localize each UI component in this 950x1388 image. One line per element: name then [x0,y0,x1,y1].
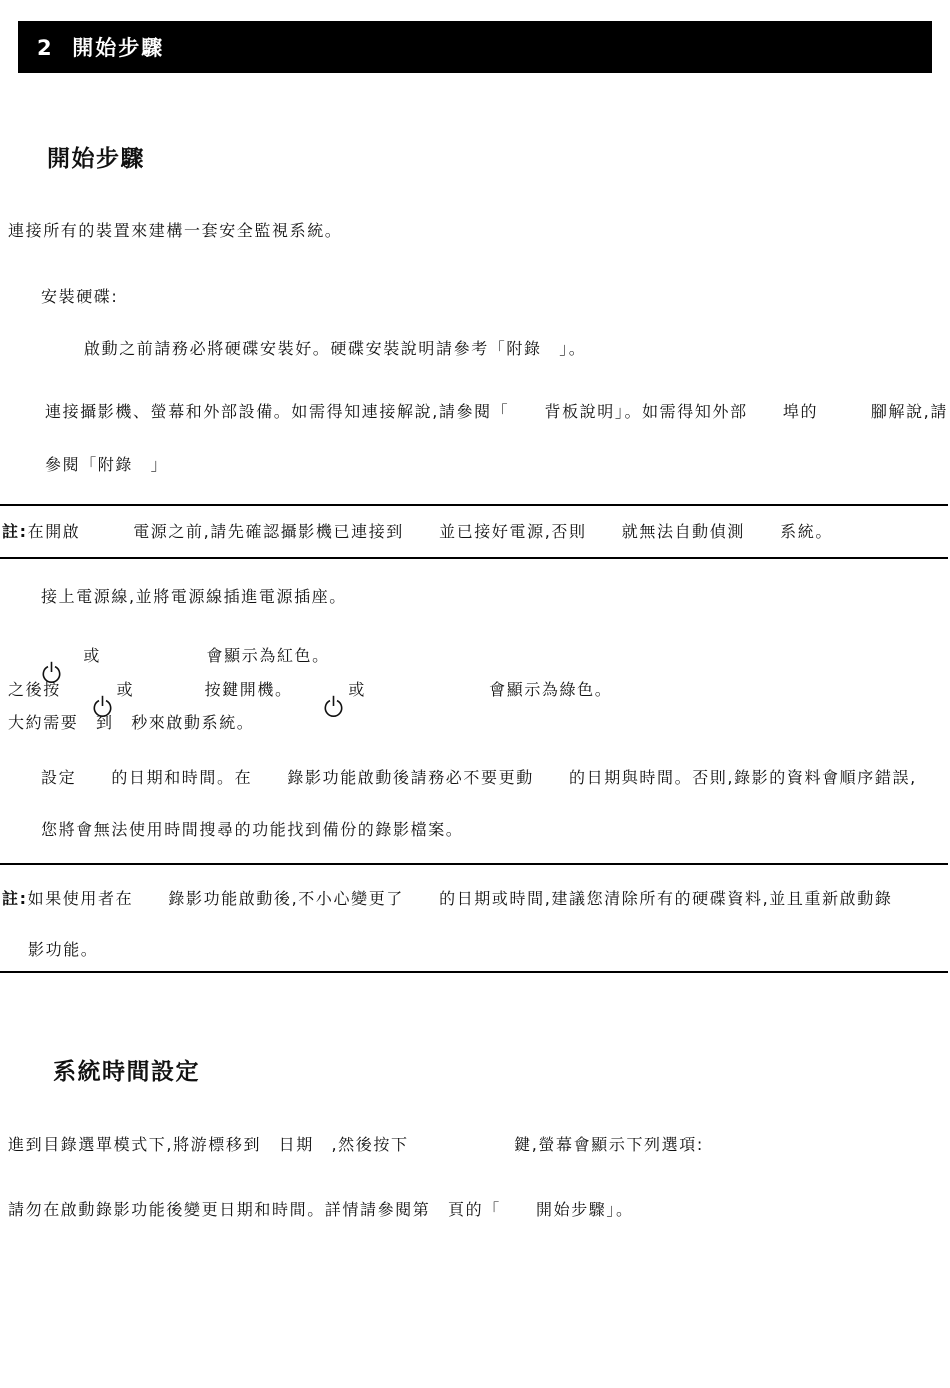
hdd-detail-line: 啟動之前請務必將硬碟安裝好。硬碟安裝說明請參考「附錄 」。 [84,339,586,358]
note-1-text: 在開啟 電源之前,請先確認攝影機已連接到 並已接好電源,否則 就無法自動偵測 系… [28,522,833,541]
power-line2-part1: 之後按 [8,680,61,699]
divider-rule-4 [0,971,948,973]
section-heading-system-time: 系統時間設定 [53,1053,200,1086]
install-hdd-step: 安裝硬碟: [41,287,118,306]
menu-date-instruction: 進到目錄選單模式下,將游標移到 日期 ,然後按下 鍵,螢幕會顯示下列選項: [8,1135,704,1154]
section-heading-getting-started: 開始步驟 [47,140,145,173]
connect-devices-line2: 參閱「附錄 」 [45,455,168,474]
note-2-line2: 影功能。 [28,940,98,959]
power-icon [296,676,346,744]
note-1-prefix: 註: [2,522,28,541]
date-change-warning: 請勿在啟動錄影功能後變更日期和時間。詳情請參閱第 頁的「 開始步驟」。 [8,1200,634,1219]
power-icon [64,676,114,744]
set-datetime-line1: 設定 的日期和時間。在 錄影功能啟動後請務必不要更動 的日期與時間。否則,錄影的… [41,768,917,787]
power-line1-text: 或 會顯示為紅色。 [66,646,330,665]
divider-rule-1 [0,504,948,506]
chapter-header-bar: 2 開始步驟 [18,21,932,73]
set-datetime-line2: 您將會無法使用時間搜尋的功能找到備份的錄影檔案。 [41,820,463,839]
divider-rule-2 [0,557,948,559]
power-line2-part2: 或 按鍵開機。 [117,680,293,699]
note-2-text: 如果使用者在 錄影功能啟動後,不小心變更了 的日期或時間,建議您清除所有的硬碟資… [28,889,893,908]
divider-rule-3 [0,863,948,865]
boot-time-line: 大約需要 到 秒來啟動系統。 [8,713,254,732]
connect-devices-line1: 連接攝影機、螢幕和外部設備。如需得知連接解說,請參閱「 背板說明」。如需得知外部… [45,402,948,421]
note-1: 註:在開啟 電源之前,請先確認攝影機已連接到 並已接好電源,否則 就無法自動偵測… [2,522,833,541]
intro-paragraph: 連接所有的裝置來建構一套安全監視系統。 [8,221,342,240]
chapter-title: 2 開始步驟 [18,32,164,62]
note-2-line1: 註:如果使用者在 錄影功能啟動後,不小心變更了 的日期或時間,建議您清除所有的硬… [2,889,892,908]
note-2-prefix: 註: [2,889,28,908]
power-line2-part3: 或 會顯示為綠色。 [348,680,612,699]
plug-power-line: 接上電源線,並將電源線插進電源插座。 [41,587,347,606]
